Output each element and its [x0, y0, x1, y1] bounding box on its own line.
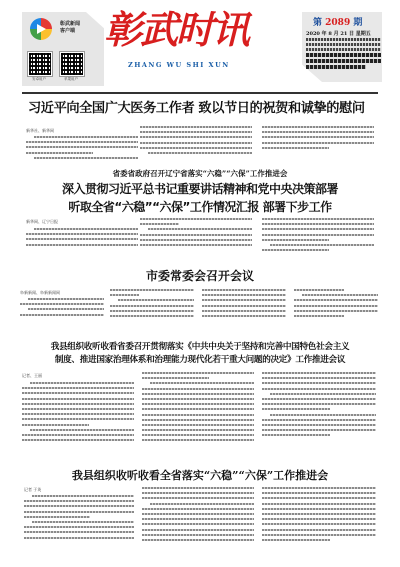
article-2-headline-line-2[interactable]: 听取全省“六稳”“六保”工作情况汇报 部署下步工作	[0, 198, 400, 215]
article-5-headline[interactable]: 我县组织收听收看全省落实“六稳”“六保”工作推进会	[0, 467, 400, 483]
article-1-col-2	[140, 126, 252, 157]
article-5-col-3	[262, 487, 376, 544]
article-5-byline: 记者 于英	[24, 487, 41, 493]
article-4-col-2	[142, 372, 254, 445]
app-label: 彰武新闻 客户端	[60, 21, 90, 35]
newspaper-title: 彰武时讯	[104, 8, 248, 52]
article-4-col-1	[22, 382, 134, 444]
qr-caption-ios: 苹果用户	[58, 77, 84, 82]
article-2-col-2	[140, 218, 252, 249]
issue-number: 第 2089 期	[313, 15, 362, 28]
publisher-info	[306, 38, 381, 71]
qr-code-android	[28, 52, 52, 76]
issue-date: 2020 年 8 月 21 日 星期五	[306, 30, 371, 37]
article-3-col-4	[294, 289, 378, 320]
article-3-col-3	[202, 289, 286, 320]
qr-caption-android: 安卓用户	[26, 77, 52, 82]
article-5-col-1	[24, 495, 134, 542]
article-2-col-1	[26, 228, 138, 249]
issue-prefix: 第	[313, 18, 322, 28]
article-3-col-1	[20, 298, 104, 319]
article-1-headline[interactable]: 习近平向全国广大医务工作者 致以节日的祝贺和诚挚的慰问	[28, 97, 365, 116]
article-2-byline: 新华网、辽宁日报	[26, 219, 58, 225]
newspaper-pinyin: ZHANG WU SHI XUN	[128, 61, 230, 69]
article-2-col-3	[262, 218, 374, 254]
article-4-byline: 记者、王丽	[22, 373, 42, 379]
article-3-headline[interactable]: 市委常委会召开会议	[0, 267, 400, 284]
article-4-headline-line-1[interactable]: 我县组织收听收看省委召开贯彻落实《中共中央关于坚持和完善中国特色社会主义	[0, 340, 400, 352]
article-4-headline-line-2[interactable]: 制度、推进国家治理体系和治理能力现代化若干重大问题的决定》工作推进会议	[0, 353, 400, 365]
issue-suffix: 期	[353, 18, 362, 28]
article-1-byline: 新华社、新华网	[26, 128, 54, 134]
article-4-col-3	[262, 372, 376, 439]
qr-code-ios	[60, 52, 84, 76]
article-3-byline: 阜新新闻、阜新新闻网	[20, 290, 60, 296]
app-logo-icon	[30, 18, 52, 40]
article-5-col-2	[142, 487, 254, 544]
article-2-headline-line-1[interactable]: 深入贯彻习近平总书记重要讲话精神和党中央决策部署	[0, 180, 400, 197]
article-1-col-3	[262, 126, 374, 152]
article-1-col-1	[26, 136, 138, 162]
issue-number-value: 2089	[325, 18, 350, 28]
article-2-kicker: 省委省政府召开辽宁省落实“六稳”“六保”工作推进会	[0, 168, 400, 179]
masthead-divider	[22, 92, 378, 94]
article-3-col-2	[110, 289, 194, 320]
